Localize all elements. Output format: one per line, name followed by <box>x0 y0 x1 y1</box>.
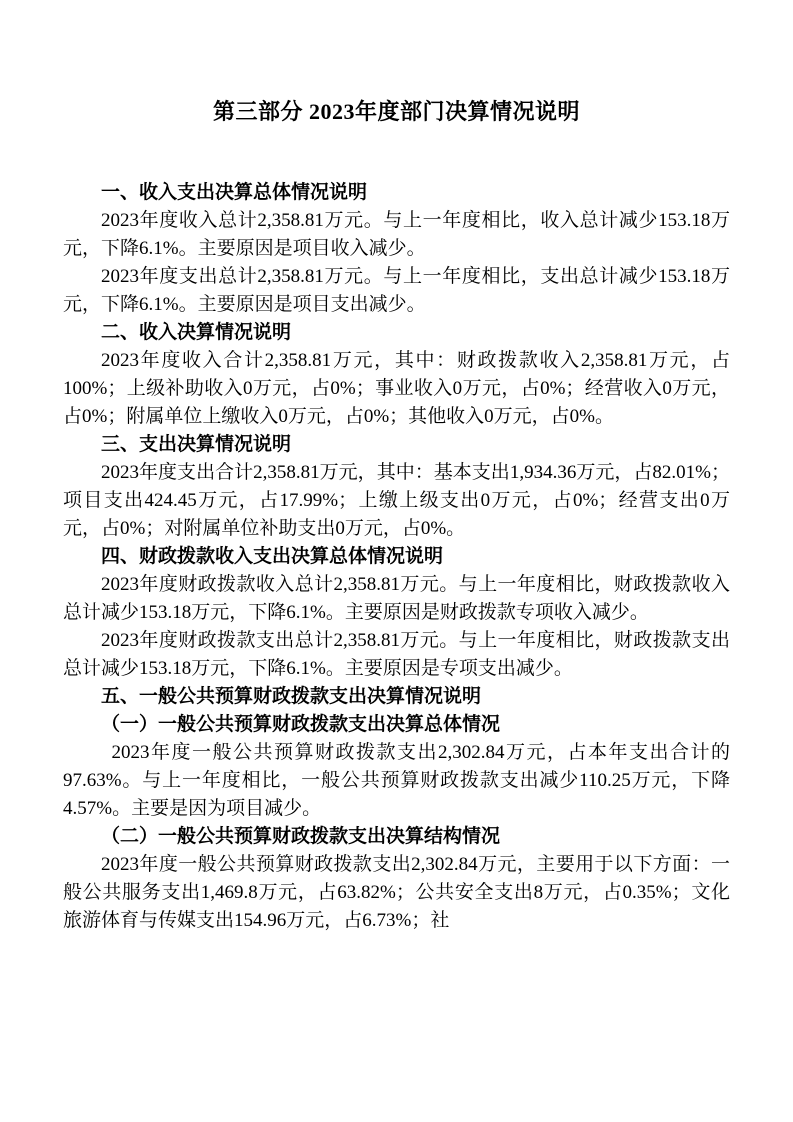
paragraph-expense-detail: 2023年度支出合计2,358.81万元，其中：基本支出1,934.36万元，占… <box>63 459 730 543</box>
section-heading-1: 一、收入支出决算总体情况说明 <box>63 179 730 207</box>
document-page: 第三部分 2023年度部门决算情况说明 一、收入支出决算总体情况说明 2023年… <box>0 0 793 1122</box>
section-heading-5: 五、一般公共预算财政拨款支出决算情况说明 <box>63 683 730 711</box>
document-title: 第三部分 2023年度部门决算情况说明 <box>63 96 730 128</box>
paragraph-general-budget-structure: 2023年度一般公共预算财政拨款支出2,302.84万元，主要用于以下方面：一般… <box>63 851 730 935</box>
subsection-heading-5-1: （一）一般公共预算财政拨款支出决算总体情况 <box>63 711 730 739</box>
paragraph-expense-total: 2023年度支出总计2,358.81万元。与上一年度相比，支出总计减少153.1… <box>63 263 730 319</box>
paragraph-general-budget-total: 2023年度一般公共预算财政拨款支出2,302.84万元，占本年支出合计的97.… <box>63 739 730 823</box>
section-heading-2: 二、收入决算情况说明 <box>63 319 730 347</box>
section-heading-3: 三、支出决算情况说明 <box>63 431 730 459</box>
paragraph-fiscal-expense: 2023年度财政拨款支出总计2,358.81万元。与上一年度相比，财政拨款支出总… <box>63 627 730 683</box>
section-heading-4: 四、财政拨款收入支出决算总体情况说明 <box>63 543 730 571</box>
subsection-heading-5-2: （二）一般公共预算财政拨款支出决算结构情况 <box>63 823 730 851</box>
paragraph-fiscal-income: 2023年度财政拨款收入总计2,358.81万元。与上一年度相比，财政拨款收入总… <box>63 571 730 627</box>
paragraph-income-detail: 2023年度收入合计2,358.81万元，其中：财政拨款收入2,358.81万元… <box>63 347 730 431</box>
paragraph-income-total: 2023年度收入总计2,358.81万元。与上一年度相比，收入总计减少153.1… <box>63 207 730 263</box>
